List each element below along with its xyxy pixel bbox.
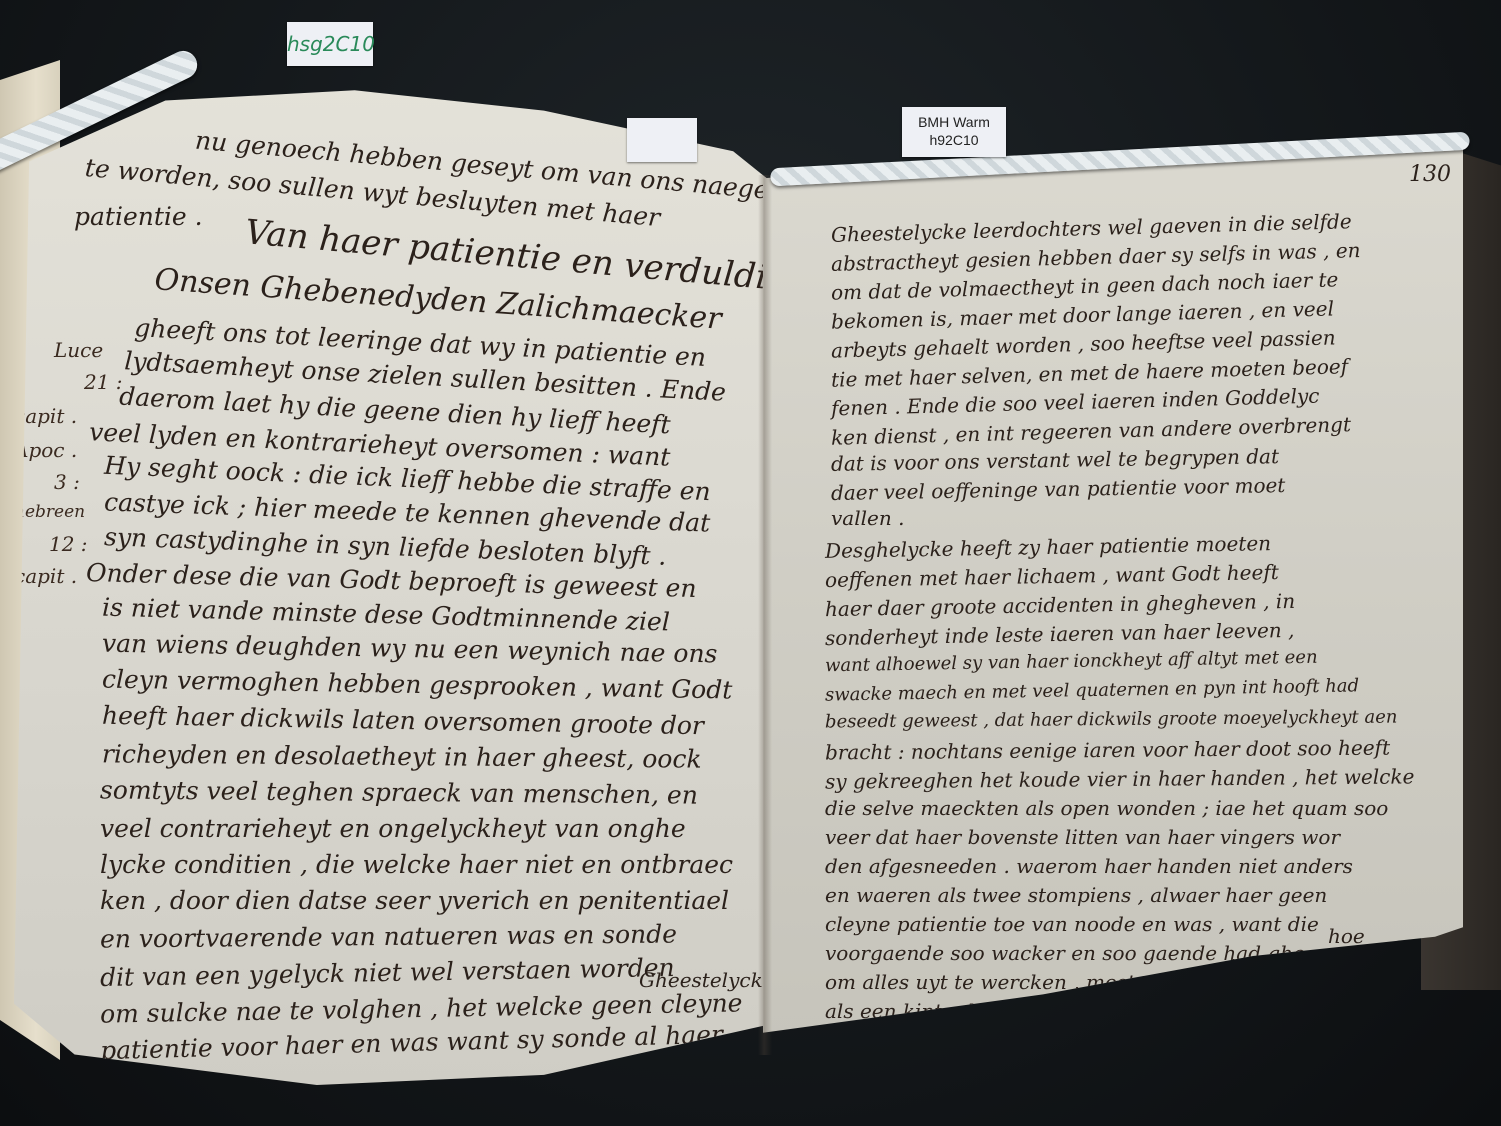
text-line: cleyn vermoghen hebben gesprooken , want… xyxy=(102,665,733,705)
margin-reference: 12 : xyxy=(49,532,88,556)
text-line: als een kint , door dien dat al wat sy a… xyxy=(825,999,1299,1023)
left-page-text: nu genoech hebben geseyt om van ons naeg… xyxy=(14,70,771,1085)
text-line: sy gekreeghen het koude vier in haer han… xyxy=(825,764,1415,793)
book-gutter xyxy=(758,175,772,1055)
text-line: bracht : nochtans eenige iaren voor haer… xyxy=(825,736,1390,765)
blank-slip xyxy=(627,118,697,162)
text-line: richeyden en desolaetheyt in haer gheest… xyxy=(102,739,702,773)
text-line: dat is voor ons verstant wel te begrypen… xyxy=(831,444,1279,476)
text-line: en waeren als twee stompiens , alwaer ha… xyxy=(825,883,1327,907)
catchword: hoe xyxy=(1328,924,1365,948)
text-line: heeft haer dickwils laten oversomen groo… xyxy=(102,701,704,741)
manuscript-photo: nu genoech hebben geseyt om van ons naeg… xyxy=(0,0,1501,1126)
text-line: sonderheyt inde leste iaeren van haer le… xyxy=(825,618,1295,650)
text-line: cleyne patientie toe van noode en was , … xyxy=(825,912,1319,936)
text-line: veel contrarieheyt en ongelyckheyt van o… xyxy=(100,814,686,843)
margin-reference: capit . xyxy=(14,564,77,588)
text-line: lycke conditien , die welcke haer niet e… xyxy=(100,850,733,879)
text-line: oeffenen met haer lichaem , want Godt he… xyxy=(825,560,1279,592)
opening-line: patientie . xyxy=(74,202,203,231)
text-line: den afgesneeden . waerom haer handen nie… xyxy=(825,854,1353,878)
slip-shelfmark: h92C10 xyxy=(902,131,1006,149)
margin-reference: Luce xyxy=(54,338,103,362)
right-page: 130 Gheestelycke leerdochters wel gaeven… xyxy=(763,140,1463,1100)
text-line: die selve maeckten als open wonden ; iae… xyxy=(825,796,1388,820)
margin-reference: hebreen xyxy=(14,502,85,522)
margin-reference: 3 : xyxy=(54,470,80,494)
text-line: voorgaende soo wacker en soo gaende had … xyxy=(825,941,1370,965)
right-page-text: Gheestelycke leerdochters wel gaeven in … xyxy=(763,140,1463,1100)
text-line: vallen . xyxy=(831,506,904,530)
text-line: haer daer groote accidenten in ghegheven… xyxy=(825,589,1295,621)
shelfmark-slip-left: hsg2C10 xyxy=(287,22,373,66)
text-line: swacke maech en met veel quaternen en py… xyxy=(825,675,1359,705)
text-line: en voortvaerende van natueren was en son… xyxy=(100,919,677,953)
text-line: om alles uyt te wercken , most nu geholp… xyxy=(825,970,1338,994)
text-line: daer veel oeffeninge van patientie voor … xyxy=(831,473,1286,505)
catchword: Gheestelycke xyxy=(639,968,771,992)
slip-collection: BMH Warm xyxy=(902,113,1006,131)
text-line: ken , door dien datse seer yverich en pe… xyxy=(100,886,729,915)
text-line: niet anders en was als etter en bloet ; … xyxy=(825,1028,1269,1052)
text-line: Desghelycke heeft zy haer patientie moet… xyxy=(825,531,1271,563)
margin-reference: 21 : xyxy=(84,370,123,394)
text-line: want alhoewel sy van haer ionckheyt aff … xyxy=(825,647,1318,677)
text-line: somtyts veel teghen spraeck van menschen… xyxy=(100,775,698,809)
text-line: veer dat haer bovenste litten van haer v… xyxy=(825,825,1340,849)
text-line: dit van een ygelyck niet wel verstaen wo… xyxy=(100,953,675,992)
left-page: nu genoech hebben geseyt om van ons naeg… xyxy=(14,70,771,1085)
shelfmark-slip-right: BMH Warm h92C10 xyxy=(902,107,1006,157)
text-line: beseedt geweest , dat haer dickwils groo… xyxy=(825,707,1398,733)
